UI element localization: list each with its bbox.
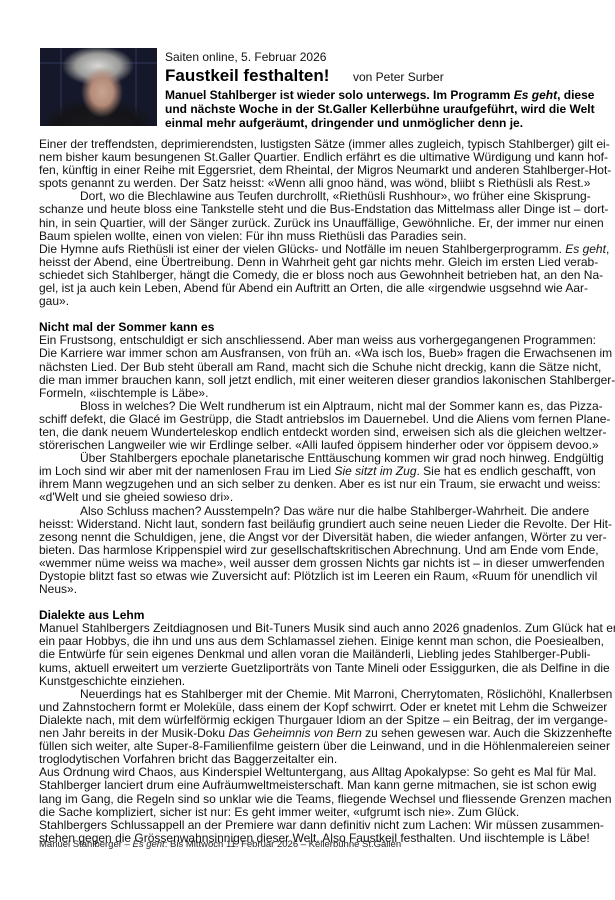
italic-title: Das Geheimnis von Bern (228, 726, 361, 740)
text-run: Die Hymne aufs Riethüsli ist einer der v… (39, 242, 565, 256)
italic-title: Es geht (514, 88, 557, 102)
text-run: störerischen Langweiler wie wir Erdlinge… (39, 438, 599, 452)
text-run: lang im Gang, die Regeln sind so unklar … (39, 792, 612, 806)
text-run: . Sie hat es endlich geschafft, von (417, 464, 596, 478)
paragraph: Aus Ordnung wird Chaos, aus Kinderspiel … (39, 766, 579, 818)
italic-title: Sie sitzt im Zug (334, 464, 416, 478)
text-run: Aus Ordnung wird Chaos, aus Kinderspiel … (39, 765, 596, 779)
text-run: schanze und heute bloss eine Tankstelle … (39, 202, 608, 216)
text-run: Formeln, «iischtemple is Läbe». (39, 386, 208, 400)
text-run: zesong nennt die Schuldigen, jene, die A… (39, 530, 607, 544)
text-run: ten, die dank neuem Wunderteleskop endli… (39, 425, 606, 439)
text-run: die man immer brauchen kann, soll jetzt … (39, 373, 615, 387)
paragraph: Ein Frustsong, entschuldigt er sich ansc… (39, 334, 579, 399)
text-run: fen, künftig in einer Reihe mit Eggersri… (39, 163, 611, 177)
article-body: Einer der treffendsten, deprimierendsten… (39, 138, 579, 845)
text-run: «d'Welt und sie gheied sowieso dri». (39, 490, 233, 504)
text-run: «wemmer nüme weiss wa mache», weil ausse… (39, 556, 605, 570)
text-run: einmal mehr aufgeräumt, dringender und u… (165, 116, 523, 130)
paragraph: Die Hymne aufs Riethüsli ist einer der v… (39, 243, 579, 308)
text-line: gau». (39, 295, 579, 308)
text-run: ein paar Hobbys, die ihn und uns aus dem… (39, 634, 604, 648)
text-run: und Zahnstochern formt er Moleküle, dass… (39, 700, 607, 714)
text-run: gau». (39, 294, 69, 308)
text-run: gel, ist ja auch kein Leben, Abend für A… (39, 281, 588, 295)
publication-date: Saiten online, 5. Februar 2026 (165, 50, 326, 64)
text-run: Manuel Stahlberger – (39, 839, 132, 850)
text-run: im Loch sind wir aber mit der namenlosen… (39, 464, 334, 478)
text-run: Die Karriere war immer schon am Ausfrans… (39, 346, 612, 360)
text-run: zu sehen gewesen war. Auch die Skizzenhe… (362, 726, 612, 740)
paragraph: Also Schluss machen? Ausstempeln? Das wä… (39, 505, 579, 597)
text-line: einmal mehr aufgeräumt, dringender und u… (165, 116, 585, 130)
text-run: nen Jahr bereits in der Musik-Doku (39, 726, 228, 740)
paragraph: Bloss in welches? Die Welt rundherum ist… (39, 400, 579, 452)
text-run: spots genannt zu werden. Der Satz heisst… (39, 176, 590, 190)
text-run: hin, in sein Quartier, will der Sänger z… (39, 216, 604, 230)
paragraph: Dort, wo die Blechlawine aus Teufen durc… (39, 190, 579, 242)
text-run: troglodytischen Vorfahren bricht das Bag… (39, 752, 337, 766)
text-run: nächsten Lied. Der Bub steht überall am … (39, 360, 601, 374)
text-run: heisst: Widerstand. Nicht laut, sondern … (39, 517, 612, 531)
italic-title: Es geht (132, 839, 164, 850)
byline: von Peter Surber (353, 70, 444, 84)
text-run: kums, aktuell erweitert um verzierte Gue… (39, 661, 610, 675)
text-run: die Sache kompliziert, sicher ist nur: E… (39, 805, 519, 819)
text-run: schiedet sich Stahlberger, hängt die Com… (39, 268, 603, 282)
text-line: und nächste Woche in der St.Galler Kelle… (165, 102, 585, 116)
text-run: Dystopie blitzt fast so etwas wie Zuvers… (39, 569, 597, 583)
text-run: Dort, wo die Blechlawine aus Teufen durc… (80, 189, 591, 203)
text-run: die Entwürfe für sein eigenes Denkmal un… (39, 647, 591, 661)
text-run: Baum spielen wollte, einen von vielen: F… (39, 229, 467, 243)
paragraph: Einer der treffendsten, deprimierendsten… (39, 138, 579, 190)
author-photo (40, 48, 157, 126)
text-run: und nächste Woche in der St.Galler Kelle… (165, 102, 595, 116)
text-run: schiff defekt, die Glacé im Gestrüpp, di… (39, 412, 610, 426)
text-run: Stahlbergers Schlussappell an der Premie… (39, 818, 604, 832)
article-title: Faustkeil festhalten! (165, 66, 329, 86)
text-run: Ein Frustsong, entschuldigt er sich ansc… (39, 333, 596, 347)
text-run: , diese (557, 88, 594, 102)
text-run: Neuerdings hat es Stahlberger mit der Ch… (80, 687, 612, 701)
text-run: Kunstgeschichte einziehen. (39, 674, 185, 688)
italic-title: Es geht (565, 242, 606, 256)
text-line: Dystopie blitzt fast so etwas wie Zuvers… (39, 570, 579, 583)
text-run: Also Schluss machen? Ausstempeln? Das wä… (80, 504, 589, 518)
text-line: Manuel Stahlberger ist wieder solo unter… (165, 88, 585, 102)
text-run: Über Stahlbergers epochale planetarische… (80, 451, 604, 465)
paragraph: Neuerdings hat es Stahlberger mit der Ch… (39, 688, 579, 767)
text-run: Einer der treffendsten, deprimierendsten… (39, 137, 610, 151)
text-run: nem bisher kaum besungenen St.Galler Qua… (39, 150, 608, 164)
text-run: Stahlberger lanciert drum eine Aufräumwe… (39, 778, 597, 792)
text-run: bieten. Das harmlose Krippenspiel wird z… (39, 543, 599, 557)
text-run: : Bis Mittwoch 11. Februar 2026 – Keller… (165, 839, 401, 850)
paragraph: Manuel Stahlbergers Zeitdiagnosen und Bi… (39, 622, 579, 687)
text-run: heisst der Abend, eine Übertreibung. Den… (39, 255, 598, 269)
text-line: gel, ist ja auch kein Leben, Abend für A… (39, 282, 579, 295)
text-run: Dialekte nach, mit dem würfelförmig ecki… (39, 713, 608, 727)
text-run: füllen sich weiter, alte Super-8-Familie… (39, 739, 610, 753)
text-run: Manuel Stahlberger ist wieder solo unter… (165, 88, 514, 102)
text-run: ihrem Mann wegzugehen und an sich selber… (39, 477, 601, 491)
text-run: , (606, 242, 609, 256)
text-run: Bloss in welches? Die Welt rundherum ist… (80, 399, 603, 413)
event-info-footer: Manuel Stahlberger – Es geht: Bis Mittwo… (39, 839, 401, 850)
article-lead: Manuel Stahlberger ist wieder solo unter… (165, 88, 585, 130)
text-line: Neus». (39, 583, 579, 596)
text-run: Manuel Stahlbergers Zeitdiagnosen und Bi… (39, 621, 615, 635)
text-run: Neus». (39, 582, 77, 596)
paragraph: Über Stahlbergers epochale planetarische… (39, 452, 579, 504)
